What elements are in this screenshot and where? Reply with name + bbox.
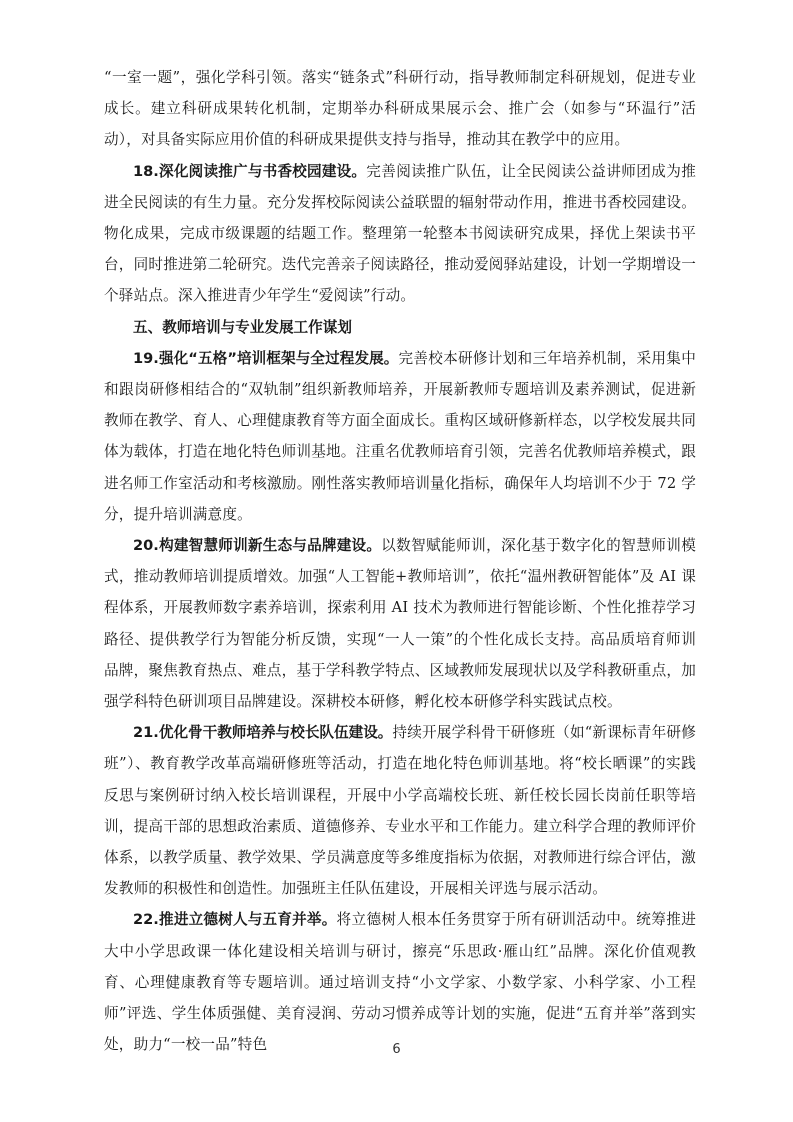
- item-18-lead: 18.深化阅读推广与书香校园建设。: [133, 163, 366, 180]
- item-18-paragraph: 18.深化阅读推广与书香校园建设。完善阅读推广队伍，让全民阅读公益讲师团成为推进…: [104, 156, 696, 312]
- item-21-lead: 21.优化骨干教师培养与校长队伍建设。: [133, 724, 392, 741]
- item-22-body: 将立德树人根本任务贯穿于所有研训活动中。统筹推进大中小学思政课一体化建设相关培训…: [104, 911, 696, 1053]
- section-heading-5: 五、教师培训与专业发展工作谋划: [104, 312, 696, 343]
- item-21-paragraph: 21.优化骨干教师培养与校长队伍建设。持续开展学科骨干研修班（如“新课标青年研修…: [104, 717, 696, 904]
- item-20-paragraph: 20.构建智慧师训新生态与品牌建设。以数智赋能师训，深化基于数字化的智慧师训模式…: [104, 530, 696, 717]
- item-19-lead: 19.强化“五格”培训框架与全过程发展。: [133, 350, 398, 367]
- item-19-paragraph: 19.强化“五格”培训框架与全过程发展。完善校本研修计划和三年培养机制，采用集中…: [104, 343, 696, 530]
- continuation-paragraph: “一室一题”，强化学科引领。落实“链条式”科研行动，指导教师制定科研规划，促进专…: [104, 62, 696, 156]
- item-20-lead: 20.构建智慧师训新生态与品牌建设。: [133, 537, 381, 554]
- item-22-lead: 22.推进立德树人与五育并举。: [133, 911, 337, 928]
- item-21-body: 持续开展学科骨干研修班（如“新课标青年研修班”）、教育教学改革高端研修班等活动，…: [104, 724, 696, 897]
- item-19-body: 完善校本研修计划和三年培养机制，采用集中和跟岗研修相结合的“双轨制”组织新教师培…: [104, 350, 696, 523]
- document-page: “一室一题”，强化学科引领。落实“链条式”科研行动，指导教师制定科研规划，促进专…: [104, 62, 696, 1061]
- item-22-paragraph: 22.推进立德树人与五育并举。将立德树人根本任务贯穿于所有研训活动中。统筹推进大…: [104, 904, 696, 1060]
- item-20-body: 以数智赋能师训，深化基于数字化的智慧师训模式，推动教师培训提质增效。加强“人工智…: [104, 537, 696, 710]
- page-number: 6: [0, 1042, 793, 1057]
- item-18-body: 完善阅读推广队伍，让全民阅读公益讲师团成为推进全民阅读的有生力量。充分发挥校际阅…: [104, 163, 696, 305]
